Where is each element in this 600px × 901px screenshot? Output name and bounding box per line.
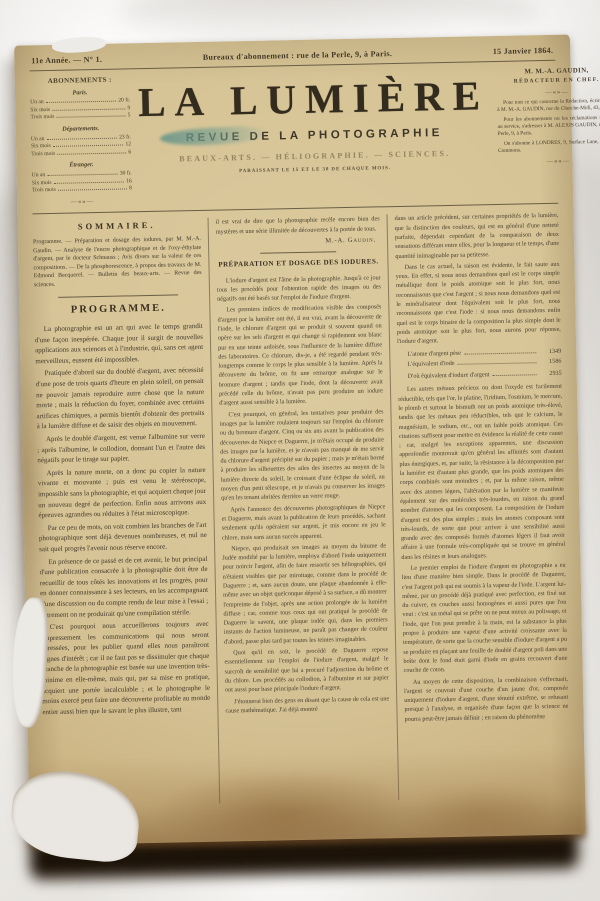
sommaire-body: Programme. — Préparation et dosage des i… bbox=[33, 235, 202, 290]
price-row: Trois mois5 bbox=[30, 113, 130, 123]
paragraph: Dans le cas actuel, la raison est éviden… bbox=[395, 260, 561, 347]
dot-leader bbox=[464, 353, 536, 355]
dot-leader bbox=[46, 137, 117, 139]
dot-leader bbox=[46, 101, 117, 103]
column-left: SOMMAIRE. Programme. — Préparation et do… bbox=[33, 218, 213, 807]
newspaper-title: LA LUMIÈRE bbox=[138, 71, 490, 126]
editor-block: M. M.-A. GAUDIN, RÉDACTEUR EN CHEF. —«»—… bbox=[496, 65, 600, 198]
paragraph: J'étonnerai bien des gens en disant que … bbox=[225, 694, 389, 716]
price-row: Trois mois8 bbox=[32, 185, 132, 195]
paragraph: Quoi qu'il en soit, le procédé de Daguer… bbox=[224, 645, 389, 695]
paragraph: En présence de ce passé et de cet avenir… bbox=[39, 553, 208, 620]
masthead-center: LA LUMIÈRE REVUE DE LA PHOTOGRAPHIE BEAU… bbox=[138, 67, 491, 204]
ornament: —«»— bbox=[32, 197, 132, 207]
bureau-address: Bureaux d'abonnement : rue de la Perle, … bbox=[108, 47, 487, 64]
issue-number: 11e Année. — N° 1. bbox=[31, 55, 102, 65]
section-rule bbox=[58, 295, 179, 298]
dot-leader bbox=[47, 174, 118, 176]
editor-role: RÉDACTEUR EN CHEF. bbox=[497, 77, 600, 86]
subscriptions-section-title: Paris. bbox=[30, 88, 130, 98]
newspaper-subtitle: REVUE DE LA PHOTOGRAPHIE bbox=[186, 127, 443, 144]
photo-scene: 11e Année. — N° 1. Bureaux d'abonnement … bbox=[0, 0, 600, 901]
dot-leader bbox=[57, 152, 126, 154]
paragraph: Le premier emploi de l'iodure d'argent e… bbox=[402, 561, 568, 676]
atomic-weight-table: L'atome d'argent pèse1349 L'équivalent d… bbox=[407, 347, 562, 381]
dot-leader bbox=[458, 362, 537, 365]
ornament: —«»— bbox=[498, 157, 600, 166]
dot-leader bbox=[58, 189, 127, 191]
paragraph: Niepce, qui produisait ses images au moy… bbox=[222, 541, 388, 647]
masthead: ABONNEMENTS : Paris. Un an20 fr. Six moi… bbox=[30, 61, 559, 211]
dot-leader bbox=[52, 108, 125, 110]
paragraph: dans un article précédent, sur certaines… bbox=[394, 211, 559, 261]
editor-note: Pour les abonnements ou les réclamations… bbox=[497, 115, 600, 138]
article-columns: SOMMAIRE. Programme. — Préparation et do… bbox=[32, 203, 570, 807]
author-signature: M.-A. Gaudin. bbox=[216, 235, 376, 248]
paragraph: il est vrai de dire que la photographie … bbox=[216, 215, 380, 237]
paragraph: Pratiquée d'abord sur du doublé d'argent… bbox=[36, 365, 205, 432]
dot-leader bbox=[493, 374, 537, 376]
price-row: Trois mois6 bbox=[31, 149, 131, 159]
paragraph: L'iodure d'argent est l'âme de la photog… bbox=[217, 273, 382, 304]
editor-note: On s'abonne à LONDRES, 9, Surface Lane, … bbox=[498, 139, 600, 155]
article-heading: PRÉPARATION ET DOSAGE DES IODURES. bbox=[216, 258, 380, 271]
column-middle: il est vrai de dire que la photographie … bbox=[216, 215, 392, 804]
paragraph: Après la nature morte, on a donc pu copi… bbox=[38, 465, 207, 521]
table-row: L'équivalent d'iode1586 bbox=[407, 357, 561, 369]
editor-name: M. M.-A. GAUDIN, bbox=[496, 67, 600, 76]
paragraph: C'est pourquoi, en général, les tentativ… bbox=[219, 407, 385, 503]
editor-note: Pour tout ce qui concerne la Rédaction, … bbox=[497, 98, 600, 114]
publication-frequency: PARAISSANT LE 15 ET LE 30 DE CHAQUE MOIS… bbox=[140, 164, 491, 176]
paragraph: La photographie est un art qui avec le t… bbox=[35, 321, 204, 367]
paragraph: C'est pourquoi nous accueillerons toujou… bbox=[41, 619, 211, 718]
table-row: D'où équivalent d'iodure d'argent2935 bbox=[408, 369, 562, 381]
paragraph: Les autres métaux précieux ou dont l'oxy… bbox=[398, 382, 566, 562]
paragraph: Les premiers indices de modification vis… bbox=[217, 303, 383, 409]
paragraph: Au moyen de cette disposition, la combin… bbox=[404, 674, 569, 724]
paragraph: Après le doublé d'argent, est venue l'al… bbox=[37, 431, 206, 466]
sommaire-heading: SOMMAIRE. bbox=[33, 219, 201, 233]
newspaper-page: 11e Année. — N° 1. Bureaux d'abonnement … bbox=[14, 35, 586, 846]
section-rule bbox=[261, 251, 336, 254]
subscriptions-heading: ABONNEMENTS : bbox=[30, 76, 130, 86]
ornament: —«»— bbox=[497, 88, 600, 97]
paragraph: Après l'annonce des découvertes photogra… bbox=[221, 502, 386, 542]
subscriptions-section-title: Départements. bbox=[31, 124, 131, 134]
subscriptions-section-title: Étranger. bbox=[31, 161, 131, 171]
dot-leader bbox=[53, 145, 124, 147]
dot-leader bbox=[54, 181, 125, 183]
programme-heading: PROGRAMME. bbox=[34, 303, 202, 317]
column-right: dans un article précédent, sur certaines… bbox=[394, 211, 570, 800]
dot-leader bbox=[56, 116, 125, 118]
subscriptions-block: ABONNEMENTS : Paris. Un an20 fr. Six moi… bbox=[30, 74, 133, 206]
newspaper-tagline: BEAUX-ARTS. — HÉLIOGRAPHIE. — SCIENCES. bbox=[139, 148, 490, 164]
paragraph: Par ce peu de mots, on voit combien les … bbox=[39, 520, 208, 555]
issue-date: 15 Janvier 1864. bbox=[493, 46, 554, 56]
